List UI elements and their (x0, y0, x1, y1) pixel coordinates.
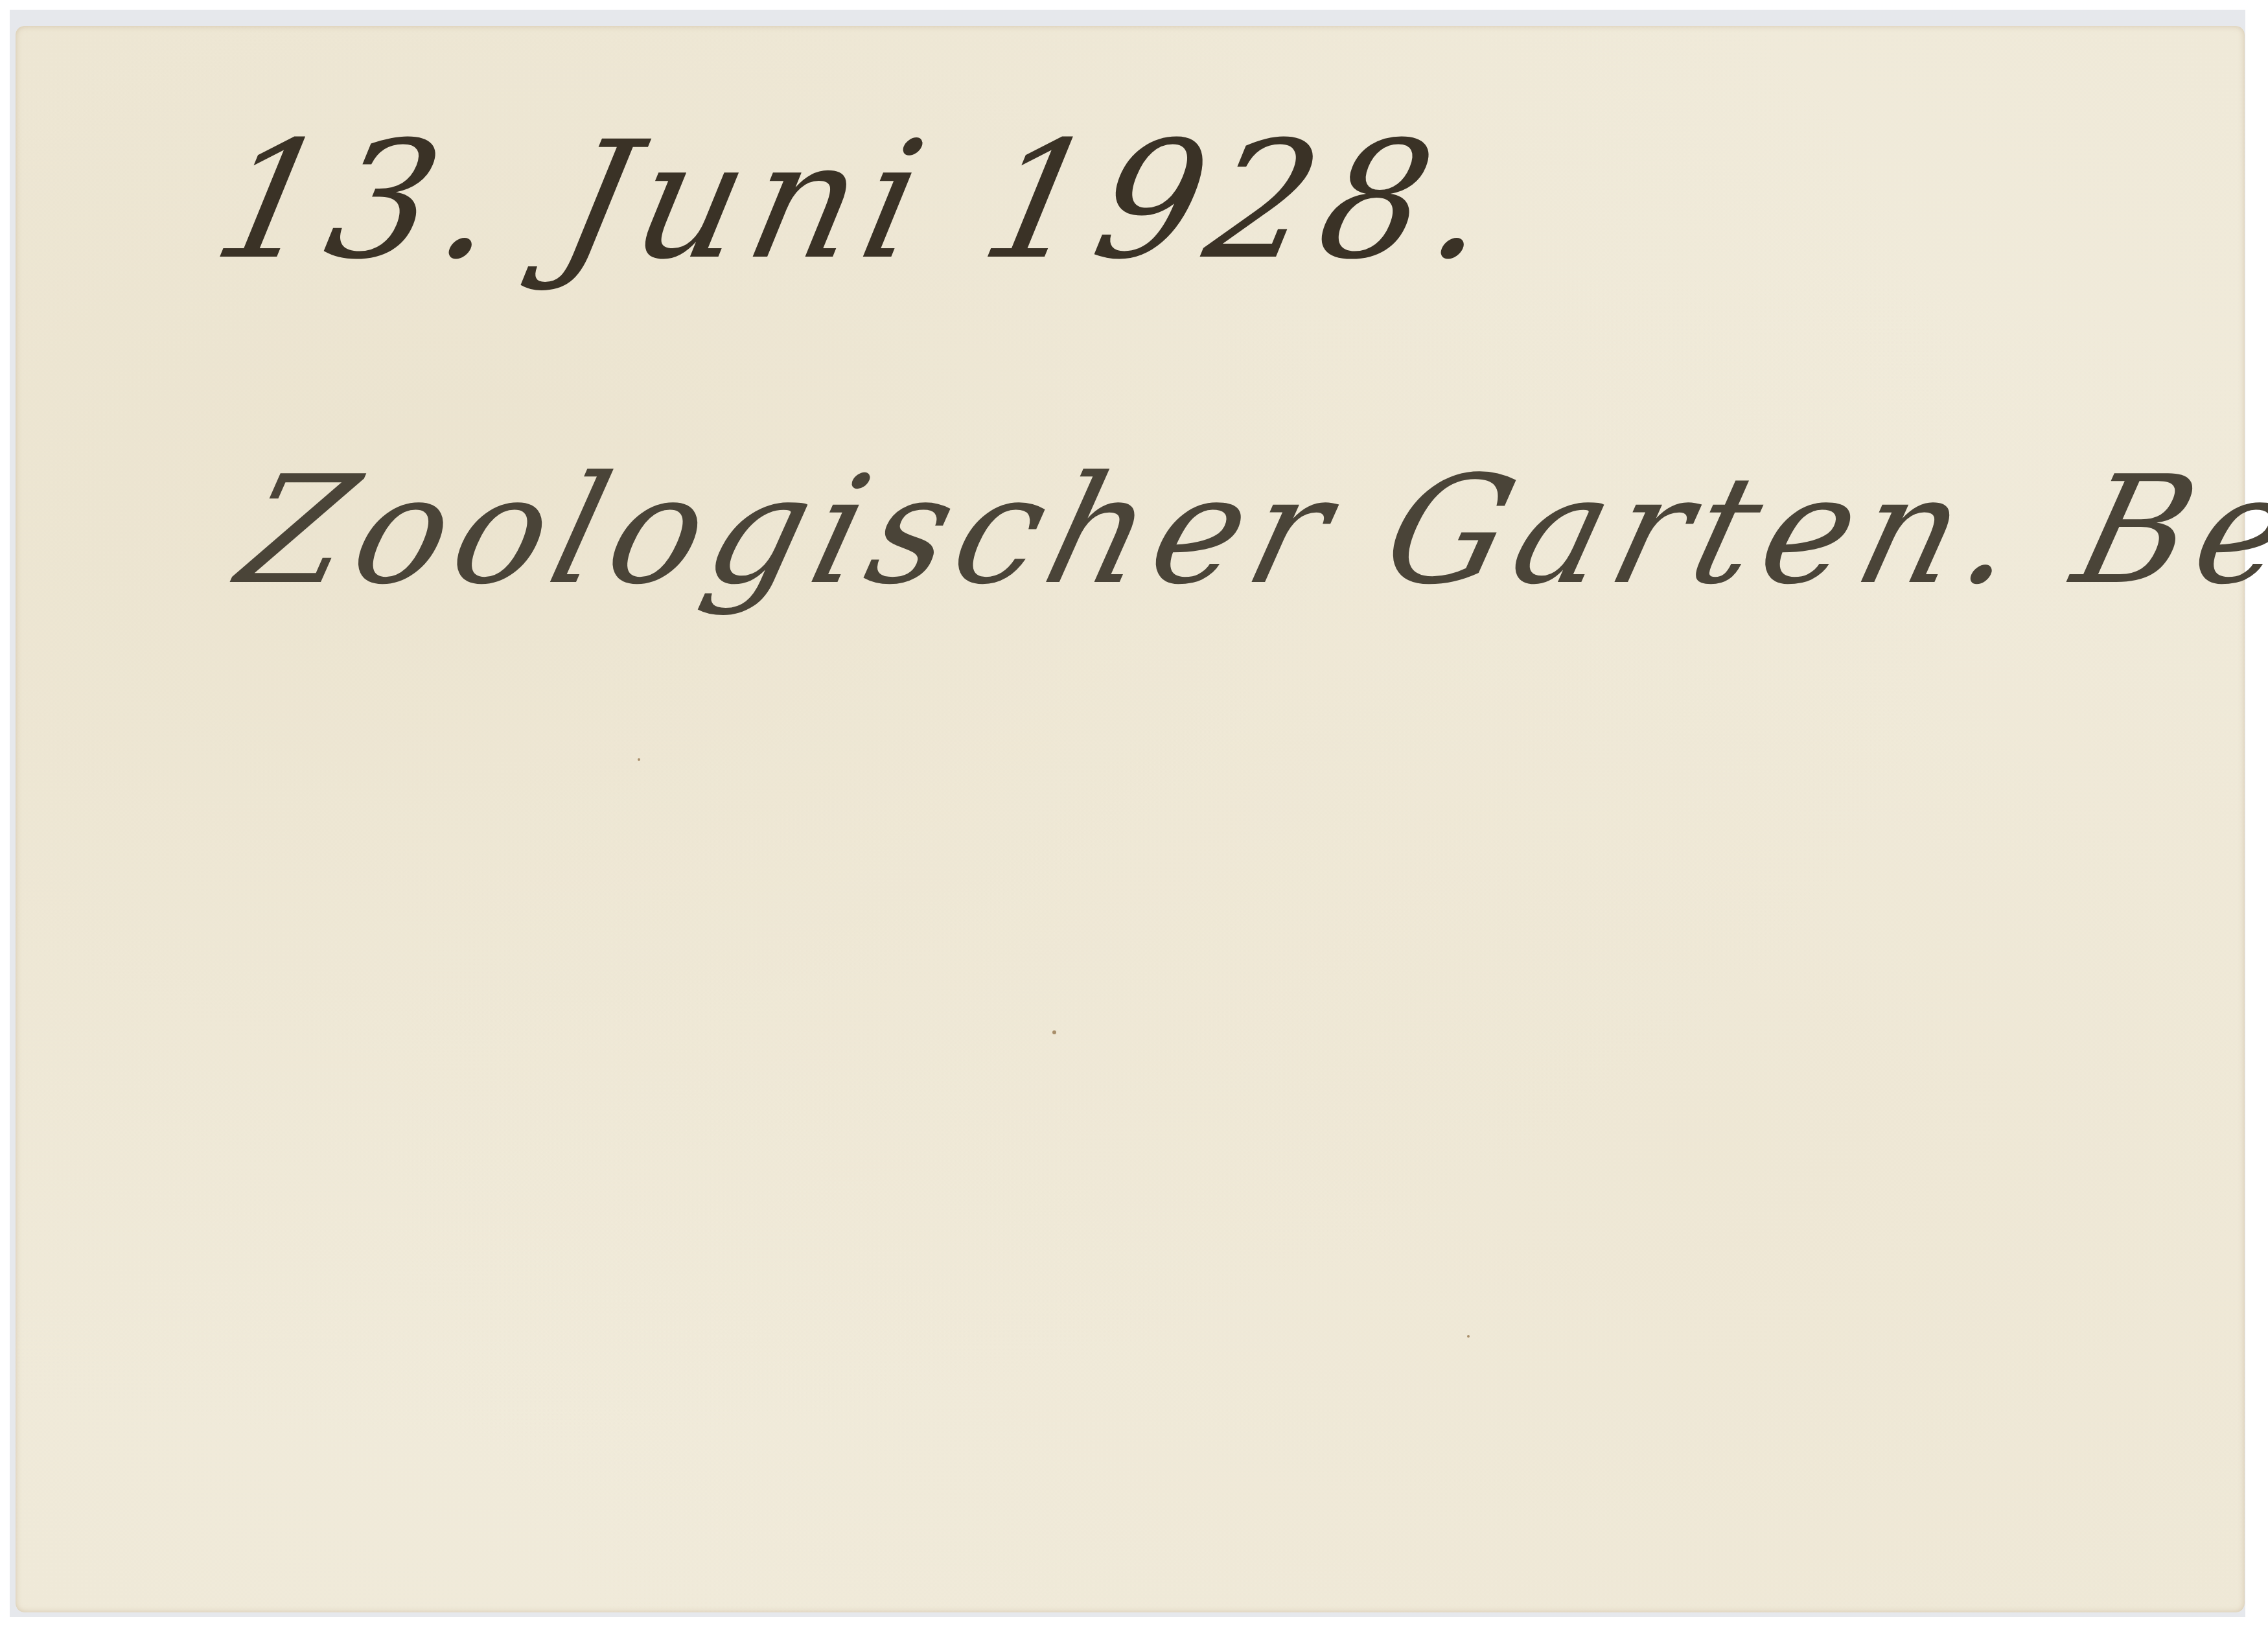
handwritten-location: Zoologischer Garten. Berlin (224, 441, 2268, 622)
paper-speck (1467, 1335, 1470, 1338)
paper-speck (1052, 1030, 1056, 1034)
handwritten-date: 13. Juni 1928. (200, 104, 1518, 298)
paper-speck (638, 758, 640, 761)
